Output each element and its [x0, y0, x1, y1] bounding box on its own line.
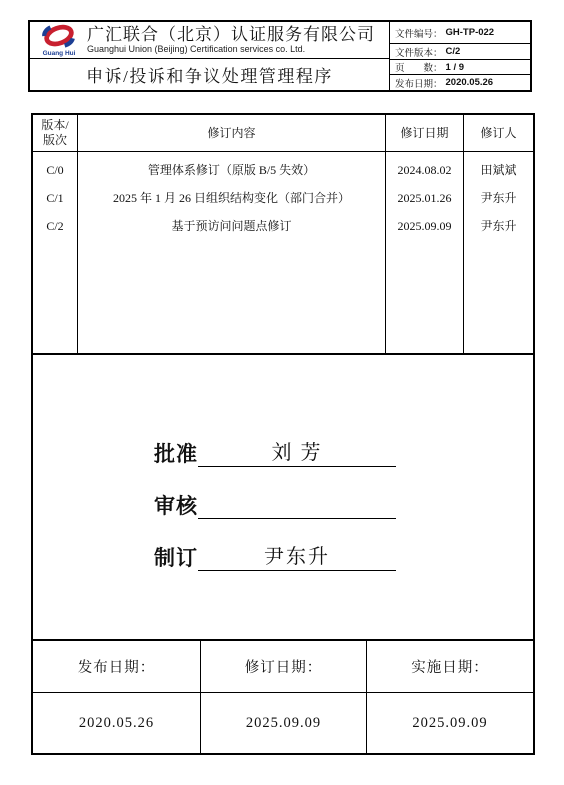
revision-table: 版本/ 版次 修订内容 修订日期 修订人 C/0 C/1 C/2 管理体系修订（…	[33, 115, 533, 355]
header-left: Guang Hui 广汇联合（北京）认证服务有限公司 Guanghui Unio…	[30, 22, 390, 90]
revision-col-person: 田斌斌 尹东升 尹东升	[464, 152, 533, 353]
dates-table: 发布日期： 修订日期： 实施日期： 2020.05.26 2025.09.09 …	[33, 641, 533, 753]
approve-label: 批准	[154, 442, 198, 467]
signature-row-approve: 批准 刘 芳	[33, 415, 533, 467]
info-row-page-count: 页 数： 1 / 9	[390, 60, 530, 75]
release-date-value: 2020.05.26	[33, 693, 201, 753]
info-row-doc-version: 文件版本： C/2	[390, 44, 530, 60]
prepare-label: 制订	[154, 546, 198, 571]
document-title: 申诉/投诉和争议处理管理程序	[30, 59, 389, 90]
revision-col-content: 管理体系修订（原版 B/5 失效） 2025 年 1 月 26 日组织结构变化（…	[78, 152, 386, 353]
issue-date-value: 2020.05.26	[446, 77, 494, 88]
review-signature-line	[198, 493, 396, 519]
doc-version-label: 文件版本：	[395, 45, 443, 59]
info-row-issue-date: 发布日期： 2020.05.26	[390, 75, 530, 90]
header-info-box: 文件编号： GH-TP-022 文件版本： C/2 页 数： 1 / 9 发布日…	[390, 22, 530, 90]
guanghui-swirl-icon	[40, 23, 78, 50]
signature-row-prepare: 制订 尹东升	[33, 519, 533, 571]
brand-row: Guang Hui 广汇联合（北京）认证服务有限公司 Guanghui Unio…	[30, 22, 389, 59]
company-name-cn: 广汇联合（北京）认证服务有限公司	[87, 25, 375, 44]
revision-date-header: 修订日期：	[201, 641, 367, 693]
revision-header-date: 修订日期	[386, 115, 464, 152]
page-count-value: 1 / 9	[446, 62, 465, 73]
company-name-en: Guanghui Union (Beijing) Certification s…	[87, 44, 375, 55]
revision-person: 尹东升	[464, 184, 533, 212]
revision-col-date: 2024.08.02 2025.01.26 2025.09.09	[386, 152, 464, 353]
company-logo: Guang Hui	[37, 23, 81, 57]
revision-content: 2025 年 1 月 26 日组织结构变化（部门合并）	[78, 184, 385, 212]
doc-version-value: C/2	[446, 46, 461, 57]
approve-signature-line: 刘 芳	[198, 441, 396, 467]
revision-header-content: 修订内容	[78, 115, 386, 152]
page-count-label: 页 数：	[395, 60, 443, 74]
implementation-date-value: 2025.09.09	[367, 693, 533, 753]
revision-date: 2024.08.02	[386, 156, 463, 184]
revision-person: 田斌斌	[464, 156, 533, 184]
signature-block: 批准 刘 芳 审核 制订 尹东升	[33, 355, 533, 641]
doc-number-value: GH-TP-022	[446, 27, 495, 38]
revision-header-version: 版本/ 版次	[33, 115, 78, 152]
header-box: Guang Hui 广汇联合（北京）认证服务有限公司 Guanghui Unio…	[28, 20, 532, 92]
issue-date-label: 发布日期：	[395, 76, 443, 90]
revision-date: 2025.01.26	[386, 184, 463, 212]
release-date-header: 发布日期：	[33, 641, 201, 693]
revision-version: C/2	[33, 212, 77, 240]
company-names: 广汇联合（北京）认证服务有限公司 Guanghui Union (Beijing…	[87, 25, 375, 55]
implementation-date-header: 实施日期：	[367, 641, 533, 693]
document-page: Guang Hui 广汇联合（北京）认证服务有限公司 Guanghui Unio…	[0, 0, 564, 785]
revision-header-person: 修订人	[464, 115, 533, 152]
revision-col-version: C/0 C/1 C/2	[33, 152, 78, 353]
logo-text: Guang Hui	[43, 50, 76, 57]
revision-date-value: 2025.09.09	[201, 693, 367, 753]
main-frame: 版本/ 版次 修订内容 修订日期 修订人 C/0 C/1 C/2 管理体系修订（…	[31, 113, 535, 755]
revision-content: 基于预访问问题点修订	[78, 212, 385, 240]
info-row-doc-number: 文件编号： GH-TP-022	[390, 22, 530, 44]
review-label: 审核	[154, 494, 198, 519]
revision-content: 管理体系修订（原版 B/5 失效）	[78, 156, 385, 184]
doc-number-label: 文件编号：	[395, 26, 443, 40]
signature-row-review: 审核	[33, 467, 533, 519]
prepare-signature-line: 尹东升	[198, 545, 396, 571]
revision-date: 2025.09.09	[386, 212, 463, 240]
revision-version: C/0	[33, 156, 77, 184]
revision-person: 尹东升	[464, 212, 533, 240]
revision-version: C/1	[33, 184, 77, 212]
